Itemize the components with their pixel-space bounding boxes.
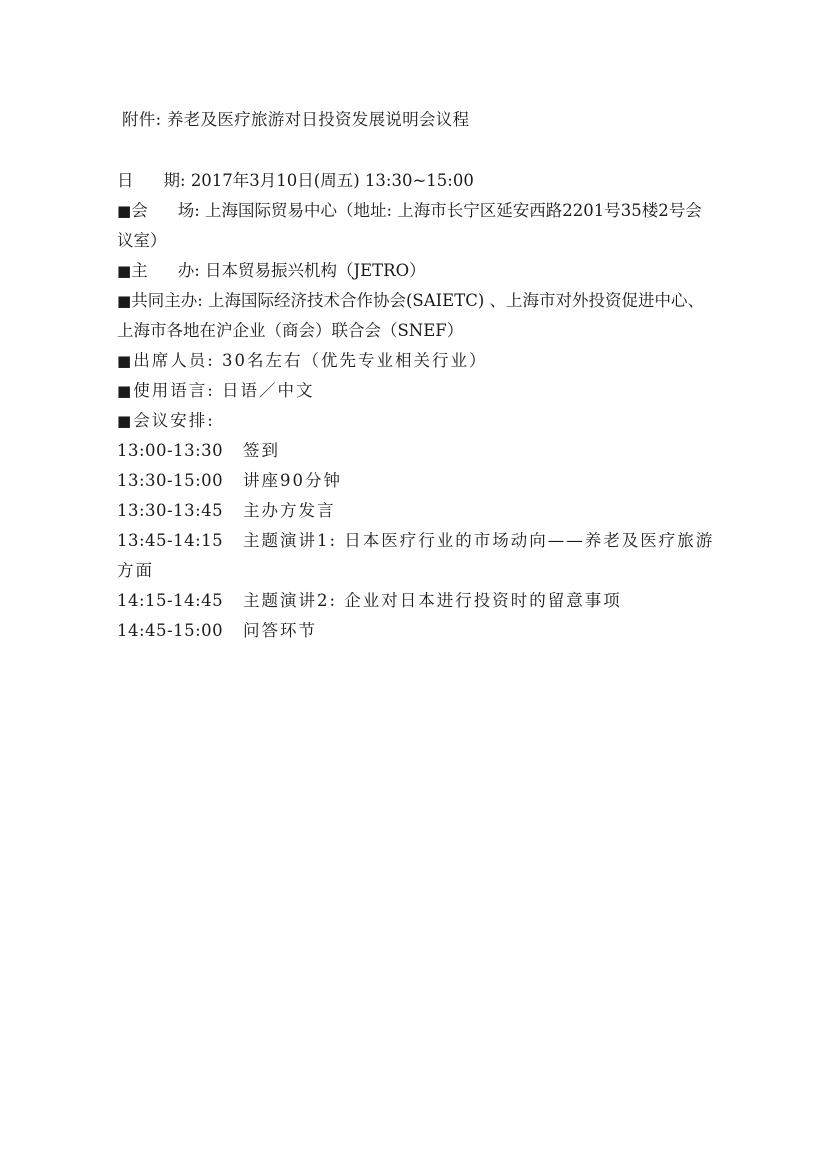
schedule-item: 13:45-14:15主题演讲1: 日本医疗行业的市场动向——养老及医疗旅游方面 [117, 526, 717, 586]
co-host-value: 上海国际经济技术合作协会(SAIETC) 、上海市对外投资促进中心、上海市各地在… [117, 291, 704, 340]
bullet-square-icon: ■ [117, 292, 131, 310]
schedule-item: 13:30-13:45主办方发言 [117, 496, 717, 526]
schedule-desc: 主题演讲2: 企业对日本进行投资时的留意事项 [243, 591, 622, 610]
host-line: ■主办: 日本贸易振兴机构（JETRO） [117, 256, 717, 286]
host-label-a: 主 [131, 261, 148, 280]
schedule-item: 14:15-14:45主题演讲2: 企业对日本进行投资时的留意事项 [117, 586, 717, 616]
schedule-time: 13:45-14:15 [117, 526, 243, 556]
language-label: 使用语言: [133, 381, 215, 400]
attendees-value: 30名左右（优先专业相关行业） [222, 351, 488, 370]
attendees-label: 出席人员: [133, 351, 215, 370]
date-value: 2017年3月10日(周五) 13:30~15:00 [191, 171, 474, 190]
schedule-desc: 主办方发言 [243, 501, 336, 520]
schedule-time: 13:30-15:00 [117, 466, 243, 496]
schedule-desc: 签到 [243, 441, 280, 460]
schedule-list: 13:00-13:30签到 13:30-15:00讲座90分钟 13:30-13… [117, 436, 717, 646]
document-title: 附件: 养老及医疗旅游对日投资发展说明会议程 [122, 106, 469, 130]
document-page: 附件: 养老及医疗旅游对日投资发展说明会议程 日期: 2017年3月10日(周五… [0, 0, 826, 1169]
co-host-label: 共同主办: [131, 291, 203, 310]
schedule-time: 13:30-13:45 [117, 496, 243, 526]
schedule-heading: ■会议安排: [117, 406, 717, 436]
date-label-a: 日 [117, 171, 134, 190]
language-line: ■使用语言: 日语／中文 [117, 376, 717, 406]
venue-line: ■会场: 上海国际贸易中心（地址: 上海市长宁区延安西路2201号35楼2号会议… [117, 196, 717, 256]
bullet-square-icon: ■ [117, 262, 131, 280]
schedule-desc: 讲座90分钟 [243, 471, 342, 490]
schedule-desc: 问答环节 [243, 621, 317, 640]
venue-label-a: 会 [131, 201, 148, 220]
schedule-time: 14:45-15:00 [117, 616, 243, 646]
co-host-line: ■共同主办: 上海国际经济技术合作协会(SAIETC) 、上海市对外投资促进中心… [117, 286, 717, 346]
venue-value: 上海国际贸易中心（地址: 上海市长宁区延安西路2201号35楼2号会议室） [117, 201, 702, 250]
schedule-time: 13:00-13:30 [117, 436, 243, 466]
bullet-square-icon: ■ [117, 352, 133, 370]
schedule-item: 13:30-15:00讲座90分钟 [117, 466, 717, 496]
date-line: 日期: 2017年3月10日(周五) 13:30~15:00 [117, 166, 717, 196]
bullet-square-icon: ■ [117, 412, 133, 430]
bullet-square-icon: ■ [117, 382, 133, 400]
bullet-square-icon: ■ [117, 202, 131, 220]
date-label-b: 期: [164, 171, 186, 190]
schedule-time: 14:15-14:45 [117, 586, 243, 616]
schedule-label: 会议安排: [133, 411, 215, 430]
host-value: 日本贸易振兴机构（JETRO） [205, 261, 426, 280]
attendees-line: ■出席人员: 30名左右（优先专业相关行业） [117, 346, 717, 376]
schedule-item: 14:45-15:00问答环节 [117, 616, 717, 646]
document-body: 日期: 2017年3月10日(周五) 13:30~15:00 ■会场: 上海国际… [117, 166, 717, 646]
schedule-item: 13:00-13:30签到 [117, 436, 717, 466]
language-value: 日语／中文 [222, 381, 315, 400]
venue-label-b: 场: [178, 201, 200, 220]
host-label-b: 办: [178, 261, 200, 280]
